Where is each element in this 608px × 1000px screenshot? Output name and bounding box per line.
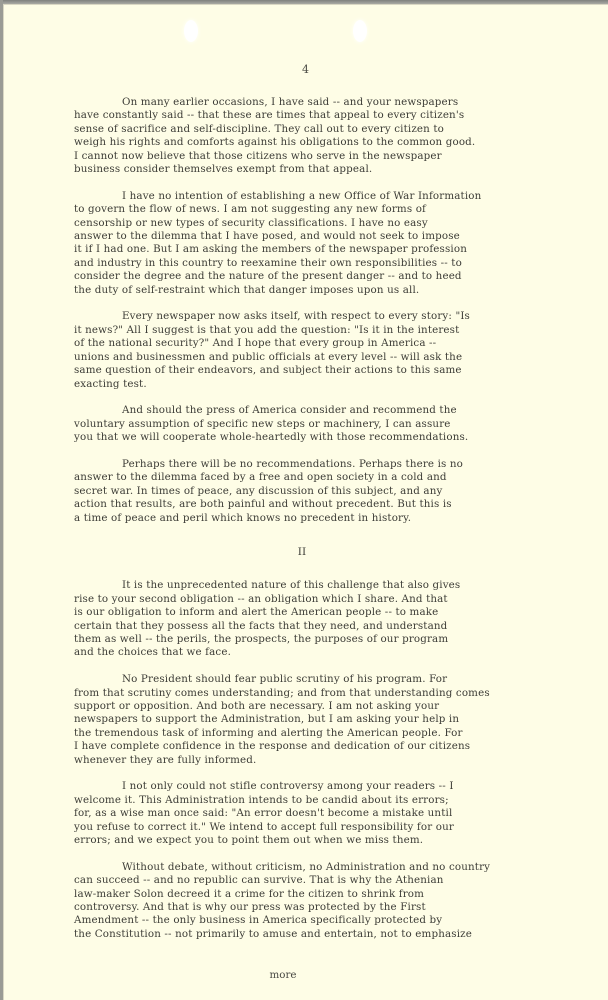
text-line: it news?" All I suggest is that you add … bbox=[74, 324, 544, 337]
paragraph: No President should fear public scrutiny… bbox=[74, 673, 544, 767]
text-line: to govern the flow of news. I am not sug… bbox=[74, 203, 544, 216]
text-line: action that results, are both painful an… bbox=[74, 498, 544, 511]
text-line: weigh his rights and comforts against hi… bbox=[74, 136, 544, 149]
punch-hole-left bbox=[184, 20, 198, 42]
text-line: law-maker Solon decreed it a crime for t… bbox=[74, 888, 544, 901]
text-line: and industry in this country to reexamin… bbox=[74, 257, 544, 270]
page-number: 4 bbox=[3, 63, 608, 76]
text-line: Amendment -- the only business in Americ… bbox=[74, 914, 544, 927]
paragraph: I have no intention of establishing a ne… bbox=[74, 190, 544, 297]
text-line: newspapers to support the Administration… bbox=[74, 713, 544, 726]
text-line: It is the unprecedented nature of this c… bbox=[74, 579, 544, 592]
text-line: you refuse to correct it." We intend to … bbox=[74, 821, 544, 834]
text-line: voluntary assumption of specific new ste… bbox=[74, 418, 544, 431]
text-line: I not only could not stifle controversy … bbox=[74, 780, 544, 793]
text-line: whenever they are fully informed. bbox=[74, 754, 544, 767]
paragraphs-after-section: It is the unprecedented nature of this c… bbox=[74, 579, 544, 941]
text-line: errors; and we expect you to point them … bbox=[74, 834, 544, 847]
paragraph: I not only could not stifle controversy … bbox=[74, 780, 544, 847]
text-line: of the national security?" And I hope th… bbox=[74, 337, 544, 350]
text-line: certain that they possess all the facts … bbox=[74, 620, 544, 633]
text-line: Perhaps there will be no recommendations… bbox=[74, 458, 544, 471]
text-line: I have no intention of establishing a ne… bbox=[74, 190, 544, 203]
text-line: the tremendous task of informing and ale… bbox=[74, 727, 544, 740]
text-line: can succeed -- and no republic can survi… bbox=[74, 874, 544, 887]
text-line: the duty of self-restraint which that da… bbox=[74, 284, 544, 297]
text-line: same question of their endeavors, and su… bbox=[74, 364, 544, 377]
text-line: unions and businessmen and public offici… bbox=[74, 351, 544, 364]
document-page: 4 On many earlier occasions, I have said… bbox=[3, 4, 608, 1000]
text-line: is our obligation to inform and alert th… bbox=[74, 606, 544, 619]
text-line: I cannot now believe that those citizens… bbox=[74, 150, 544, 163]
text-line: Without debate, without criticism, no Ad… bbox=[74, 861, 544, 874]
text-line: censorship or new types of security clas… bbox=[74, 217, 544, 230]
paragraph: Without debate, without criticism, no Ad… bbox=[74, 861, 544, 941]
continuation-marker: more bbox=[3, 969, 563, 981]
text-line: Every newspaper now asks itself, with re… bbox=[74, 310, 544, 323]
paragraph: It is the unprecedented nature of this c… bbox=[74, 579, 544, 659]
text-line: it if I had one. But I am asking the mem… bbox=[74, 243, 544, 256]
text-line: support or opposition. And both are nece… bbox=[74, 700, 544, 713]
text-line: sense of sacrifice and self-discipline. … bbox=[74, 123, 544, 136]
text-line: No President should fear public scrutiny… bbox=[74, 673, 544, 686]
paragraph: On many earlier occasions, I have said -… bbox=[74, 96, 544, 176]
text-line: exacting test. bbox=[74, 378, 544, 391]
paragraph: Perhaps there will be no recommendations… bbox=[74, 458, 544, 525]
text-line: them as well -- the perils, the prospect… bbox=[74, 633, 544, 646]
paragraph: Every newspaper now asks itself, with re… bbox=[74, 310, 544, 390]
text-line: answer to the dilemma that I have posed,… bbox=[74, 230, 544, 243]
text-line: rise to your second obligation -- an obl… bbox=[74, 593, 544, 606]
text-line: answer to the dilemma faced by a free an… bbox=[74, 471, 544, 484]
section-heading: II bbox=[74, 546, 544, 559]
document-body: On many earlier occasions, I have said -… bbox=[74, 96, 544, 955]
text-line: you that we will cooperate whole-hearted… bbox=[74, 431, 544, 444]
paragraph: And should the press of America consider… bbox=[74, 404, 544, 444]
text-line: welcome it. This Administration intends … bbox=[74, 794, 544, 807]
text-line: for, as a wise man once said: "An error … bbox=[74, 807, 544, 820]
text-line: business consider themselves exempt from… bbox=[74, 163, 544, 176]
text-line: I have complete confidence in the respon… bbox=[74, 740, 544, 753]
text-line: have constantly said -- that these are t… bbox=[74, 109, 544, 122]
punch-hole-right bbox=[353, 20, 367, 42]
text-line: On many earlier occasions, I have said -… bbox=[74, 96, 544, 109]
text-line: And should the press of America consider… bbox=[74, 404, 544, 417]
text-line: the Constitution -- not primarily to amu… bbox=[74, 928, 544, 941]
paragraphs-before-section: On many earlier occasions, I have said -… bbox=[74, 96, 544, 525]
text-line: controversy. And that is why our press w… bbox=[74, 901, 544, 914]
text-line: from that scrutiny comes understanding; … bbox=[74, 687, 544, 700]
text-line: a time of peace and peril which knows no… bbox=[74, 512, 544, 525]
text-line: consider the degree and the nature of th… bbox=[74, 270, 544, 283]
text-line: and the choices that we face. bbox=[74, 646, 544, 659]
text-line: secret war. In times of peace, any discu… bbox=[74, 485, 544, 498]
